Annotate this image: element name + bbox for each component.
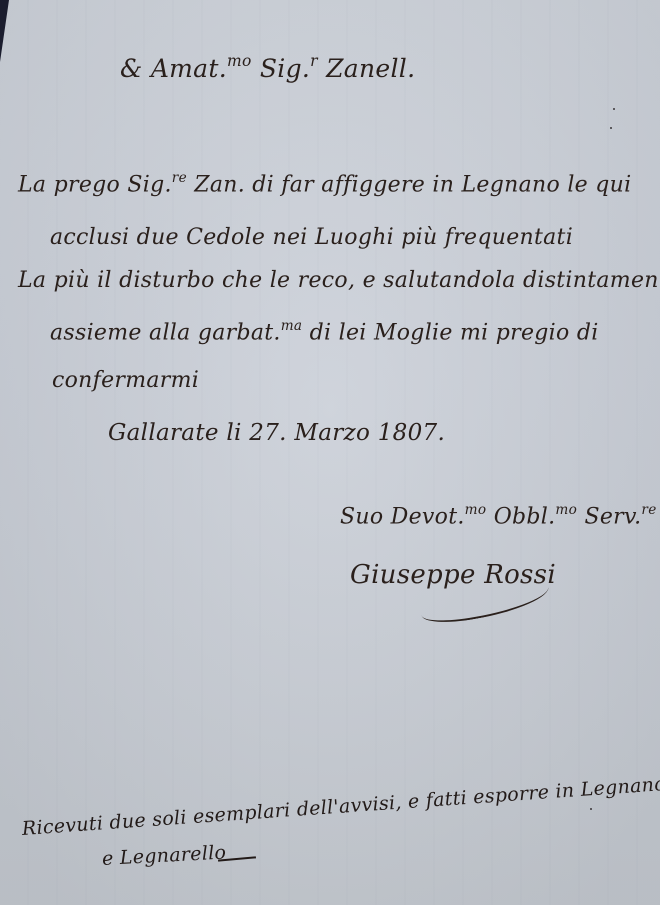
body-text: di lei Moglie mi pregio di xyxy=(310,321,599,346)
body-line-4: assieme alla garbat.ma di lei Moglie mi … xyxy=(50,318,599,346)
dateline: Gallarate li 27. Marzo 1807. xyxy=(108,420,445,446)
superscript: mo xyxy=(465,502,487,518)
body-text: La prego Sig. xyxy=(18,173,172,198)
salutation: & Amat.mo Sig.r Zanell. xyxy=(120,52,415,83)
closing-text: Serv. xyxy=(584,505,641,530)
body-line-1: La prego Sig.re Zan. di far affiggere in… xyxy=(18,170,631,198)
body-text: La più il disturbo che le reco, e saluta… xyxy=(18,268,660,293)
background-corner xyxy=(0,0,9,62)
salutation-prefix: & xyxy=(120,54,143,83)
body-text: confermarmi xyxy=(52,368,199,393)
body-text: assieme alla garbat. xyxy=(50,321,281,346)
superscript: mo xyxy=(227,52,252,70)
superscript: re xyxy=(172,170,187,186)
closing-text: Suo Devot. xyxy=(340,505,465,530)
body-line-5: confermarmi xyxy=(52,368,199,393)
body-text: Zan. di far affiggere in Legnano le qui xyxy=(194,173,631,198)
salutation-sig: Sig. xyxy=(260,54,310,83)
superscript: ma xyxy=(281,318,303,334)
superscript: mo xyxy=(555,502,577,518)
superscript: re xyxy=(641,502,656,518)
salutation-title: Amat. xyxy=(151,54,227,83)
body-text: acclusi due Cedole nei Luoghi più freque… xyxy=(50,225,573,250)
body-line-2: acclusi due Cedole nei Luoghi più freque… xyxy=(50,225,573,250)
closing-text: Obbl. xyxy=(494,505,556,530)
letter-paper xyxy=(0,0,660,905)
closing: Suo Devot.mo Obbl.mo Serv.re xyxy=(340,502,657,530)
superscript: r xyxy=(310,52,318,70)
recipient-name: Zanell. xyxy=(326,54,415,83)
body-line-3: La più il disturbo che le reco, e saluta… xyxy=(18,268,660,293)
